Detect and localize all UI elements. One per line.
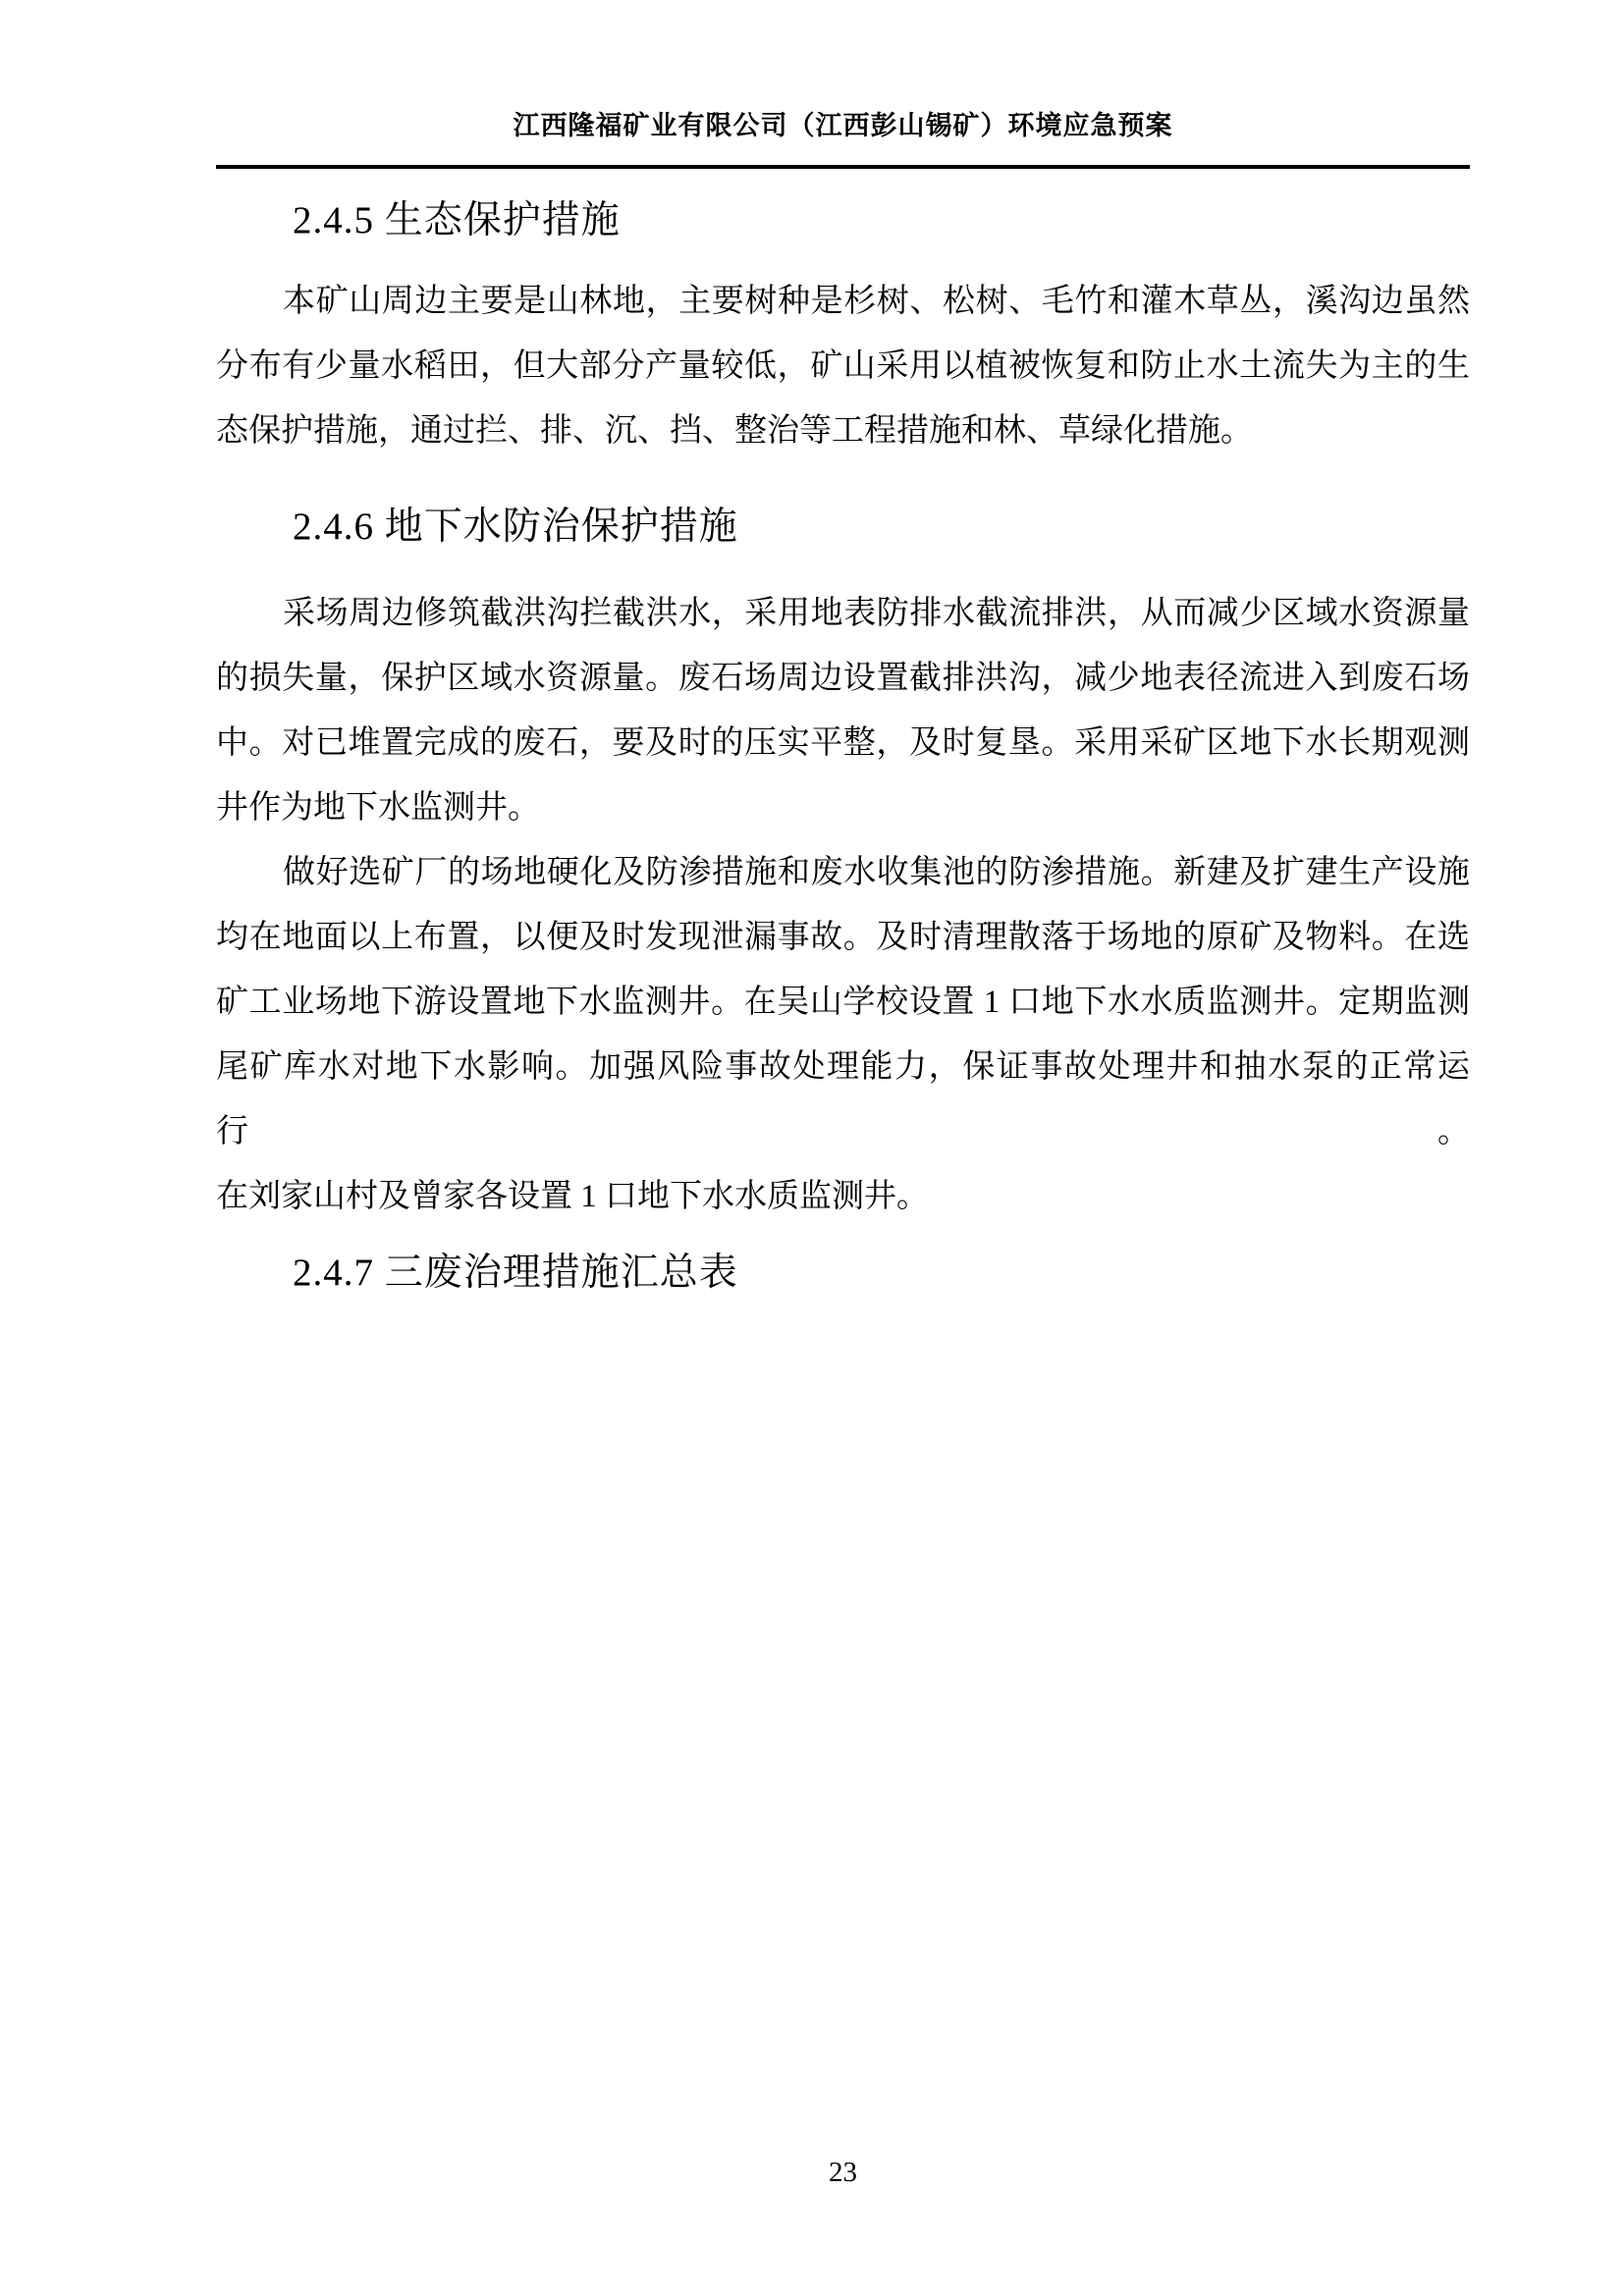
document-page: 江西隆福矿业有限公司（江西彭山锡矿）环境应急预案 2.4.5 生态保护措施 本矿… [0,0,1624,2296]
page-number: 23 [216,2156,1470,2189]
section-heading-2-4-5: 2.4.5 生态保护措施 [216,200,1470,241]
body-line: 尾矿库水对地下水影响。加强风险事故处理能力，保证事故处理井和抽水泵的正常运行。 [216,1035,1470,1164]
body-line: 分布有少量水稻田，但大部分产量较低，矿山采用以植被恢复和防止水土流失为主的生 [216,334,1470,399]
body-line: 在刘家山村及曾家各设置 1 口地下水水质监测井。 [216,1164,1470,1229]
paragraph: 做好选矿厂的场地硬化及防渗措施和废水收集池的防渗措施。新建及扩建生产设施 均在地… [216,840,1470,1229]
section-heading-2-4-7: 2.4.7 三废治理措施汇总表 [216,1253,1470,1294]
body-line: 中。对已堆置完成的废石，要及时的压实平整，及时复垦。采用采矿区地下水长期观测 [216,711,1470,775]
paragraph: 采场周边修筑截洪沟拦截洪水，采用地表防排水截流排洪，从而减少区域水资源量 的损失… [216,581,1470,840]
body-line: 均在地面以上布置，以便及时发现泄漏事故。及时清理散落于场地的原矿及物料。在选 [216,905,1470,970]
section-heading-2-4-6: 2.4.6 地下水防治保护措施 [216,507,1470,548]
body-line: 矿工业场地下游设置地下水监测井。在吴山学校设置 1 口地下水水质监测井。定期监测 [216,970,1470,1035]
paragraph: 本矿山周边主要是山林地，主要树种是杉树、松树、毛竹和灌木草丛，溪沟边虽然 分布有… [216,269,1470,463]
body-line: 的损失量，保护区域水资源量。废石场周边设置截排洪沟，减少地表径流进入到废石场 [216,646,1470,711]
body-line: 井作为地下水监测井。 [216,775,1470,840]
header-rule [216,165,1470,169]
body-line: 做好选矿厂的场地硬化及防渗措施和废水收集池的防渗措施。新建及扩建生产设施 [216,840,1470,905]
body-line: 采场周边修筑截洪沟拦截洪水，采用地表防排水截流排洪，从而减少区域水资源量 [216,581,1470,646]
document-header-title: 江西隆福矿业有限公司（江西彭山锡矿）环境应急预案 [216,110,1470,141]
body-line: 本矿山周边主要是山林地，主要树种是杉树、松树、毛竹和灌木草丛，溪沟边虽然 [216,269,1470,334]
body-line: 态保护措施，通过拦、排、沉、挡、整治等工程措施和林、草绿化措施。 [216,399,1470,463]
